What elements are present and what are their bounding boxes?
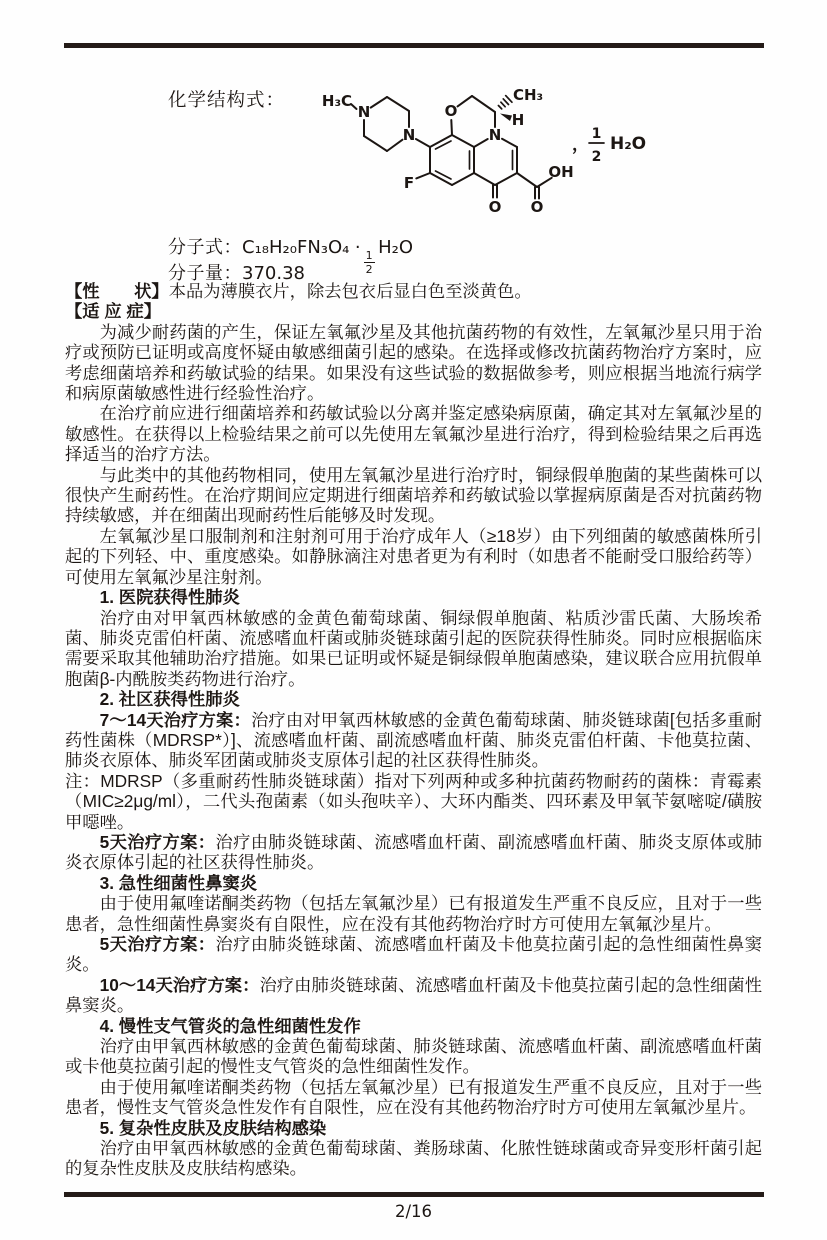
hydrate-denominator: 2: [592, 149, 602, 165]
atom-label-n-piperazine-methyl: N: [358, 103, 371, 121]
section-heading-2: 2. 社区获得性肺炎: [65, 689, 762, 709]
atom-label-n-piperazine-aryl: N: [403, 126, 416, 144]
paragraph: 7～14天治疗方案：治疗由对甲氧西林敏感的金黄色葡萄球菌、肺炎链球菌[包括多重耐…: [65, 710, 762, 771]
chemical-structure-diagram: H₃C N N O CH₃ H N F OH O O ， 1 2 H₂O: [320, 80, 660, 235]
molecular-formula-label: 分子式：: [168, 237, 242, 257]
atom-label-o-ketone: O: [489, 198, 502, 216]
paragraph: 与此类中的其他药物相同，使用左氧氟沙星进行治疗时，铜绿假单胞菌的某些菌株可以很快…: [65, 465, 762, 526]
paragraph: 由于使用氟喹诺酮类药物（包括左氧氟沙星）已有报道发生严重不良反应，且对于一些患者…: [65, 1077, 762, 1118]
atom-label-oh: OH: [548, 163, 573, 181]
traits-label: 【性 状】: [65, 281, 169, 301]
formula-water: H₂O: [378, 237, 413, 258]
paragraph: 5天治疗方案：治疗由肺炎链球菌、流感嗜血杆菌及卡他莫拉菌引起的急性细菌性鼻窦炎。: [65, 934, 762, 975]
regimen-lead: 5天治疗方案：: [100, 934, 216, 954]
paragraph: 治疗由对甲氧西林敏感的金黄色葡萄球菌、铜绿假单胞菌、粘质沙雷氏菌、大肠埃希菌、肺…: [65, 608, 762, 690]
atom-label-f: F: [404, 174, 414, 192]
chemical-structure-label: 化学结构式：: [168, 86, 285, 112]
paragraph: 在治疗前应进行细菌培养和药敏试验以分离并鉴定感染病原菌，确定其对左氧氟沙星的敏感…: [65, 403, 762, 464]
regimen-lead: 5天治疗方案：: [100, 832, 216, 852]
molecular-weight-label: 分子量：: [168, 263, 242, 283]
regimen-lead: 7～14天治疗方案：: [100, 710, 251, 730]
section-heading-5: 5. 复杂性皮肤及皮肤结构感染: [65, 1118, 762, 1138]
hydrate-numerator: 1: [592, 126, 602, 142]
paragraph: 由于使用氟喹诺酮类药物（包括左氧氟沙星）已有报道发生严重不良反应，且对于一些患者…: [65, 893, 762, 934]
page-number: 2/16: [0, 1202, 827, 1221]
top-rule: [64, 43, 764, 48]
hydrate-comma: ，: [572, 135, 589, 155]
hydrate-water: H₂O: [610, 134, 646, 154]
document-body: 【性 状】本品为薄膜衣片，除去包衣后显白色至淡黄色。 【适 应 症】 为减少耐药…: [65, 281, 762, 1179]
molecular-formula-value: C₁₈H₂₀FN₃O₄: [242, 237, 349, 258]
package-insert-page: 化学结构式：: [0, 0, 827, 1240]
atom-label-ch3: CH₃: [513, 86, 543, 104]
atom-label-h-stereo: H: [512, 111, 525, 129]
paragraph: 左氧氟沙星口服制剂和注射剂可用于治疗成年人（≥18岁）由下列细菌的敏感菌株所引起…: [65, 526, 762, 587]
paragraph: 治疗由甲氧西林敏感的金黄色葡萄球菌、肺炎链球菌、流感嗜血杆菌、副流感嗜血杆菌或卡…: [65, 1036, 762, 1077]
paragraph: 治疗由甲氧西林敏感的金黄色葡萄球菌、粪肠球菌、化脓性链球菌或奇异变形杆菌引起的复…: [65, 1138, 762, 1179]
atom-label-n-ring: N: [489, 126, 502, 144]
note-paragraph: 注：MDRSP（多重耐药性肺炎链球菌）指对下列两种或多种抗菌药物耐药的菌株：青霉…: [65, 771, 762, 832]
traits-paragraph: 【性 状】本品为薄膜衣片，除去包衣后显白色至淡黄色。: [65, 281, 762, 301]
atom-label-o-ring: O: [445, 102, 458, 120]
paragraph: 10～14天治疗方案：治疗由肺炎链球菌、流感嗜血杆菌及卡他莫拉菌引起的急性细菌性…: [65, 975, 762, 1016]
atom-label-h3c: H₃C: [322, 92, 352, 110]
section-heading-1: 1. 医院获得性肺炎: [65, 587, 762, 607]
regimen-lead: 10～14天治疗方案：: [100, 975, 260, 995]
formula-hydrate-fraction: 12: [364, 250, 376, 275]
formula-dot: ·: [355, 237, 361, 258]
section-heading-3: 3. 急性细菌性鼻窦炎: [65, 873, 762, 893]
section-heading-4: 4. 慢性支气管炎的急性细菌性发作: [65, 1016, 762, 1036]
bottom-rule: [64, 1192, 764, 1197]
indications-heading: 【适 应 症】: [65, 301, 762, 321]
paragraph: 为减少耐药菌的产生，保证左氧氟沙星及其他抗菌药物的有效性，左氧氟沙星只用于治疗或…: [65, 322, 762, 404]
paragraph: 5天治疗方案：治疗由肺炎链球菌、流感嗜血杆菌、副流感嗜血杆菌、肺炎支原体或肺炎衣…: [65, 832, 762, 873]
atom-label-o-acid: O: [531, 198, 544, 216]
